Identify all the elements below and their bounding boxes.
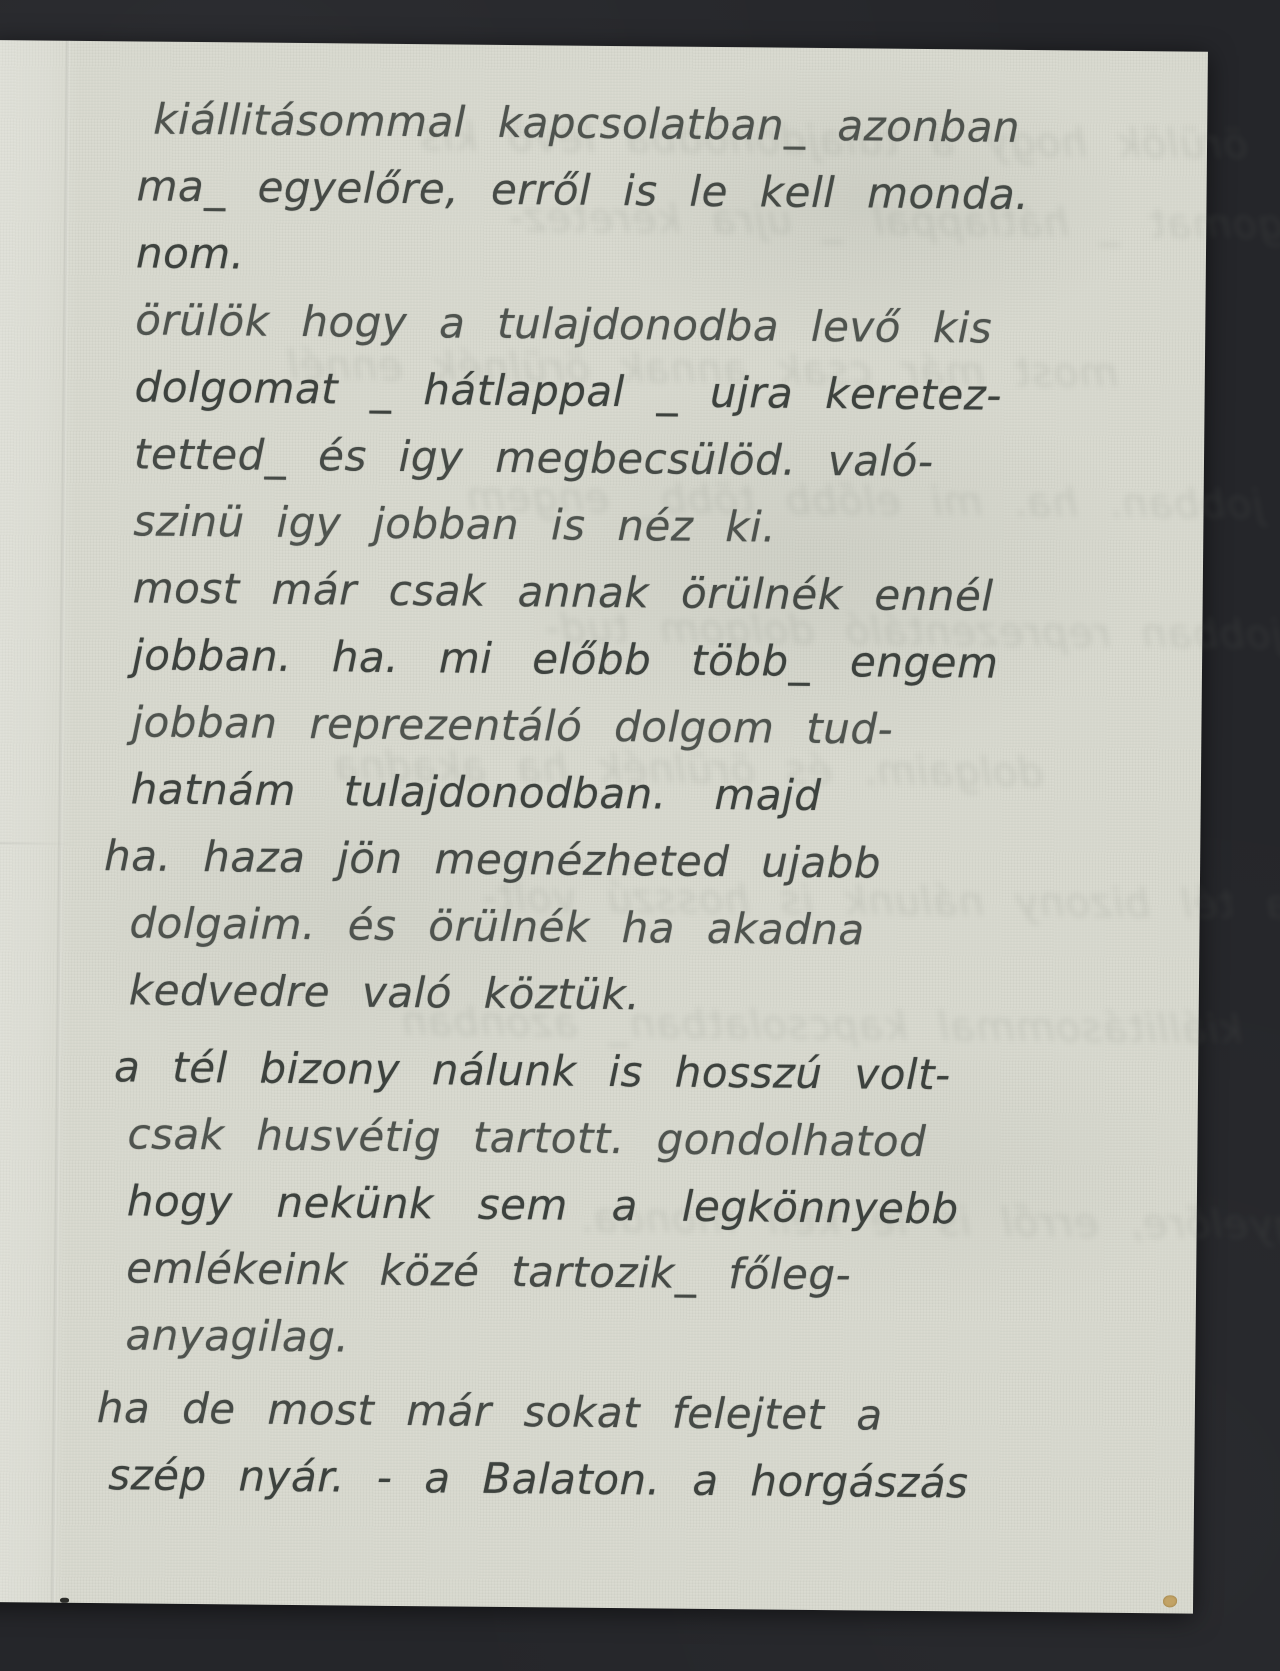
- handwriting-text: kiállitásommal kapcsolatban_ azonban ma_…: [124, 85, 1168, 1518]
- handwriting-line: ha de most már sokat felejtet a: [97, 1374, 1156, 1451]
- handwriting-line: örülök hogy a tulajdonodba levő kis: [135, 286, 1166, 363]
- handwriting-line: dolgaim. és örülnék ha akadna: [129, 889, 1160, 966]
- handwriting-line: dolgomat _ hátlappal _ ujra keretez-: [134, 353, 1165, 430]
- scan-background: örülök hogy a tulajdonodba levő kis dolg…: [0, 0, 1280, 1671]
- handwriting-line: csak husvétig tartott. gondolhatod: [127, 1100, 1158, 1177]
- letter-page: örülök hogy a tulajdonodba levő kis dolg…: [0, 40, 1208, 1614]
- handwriting-line: a tél bizony nálunk is hosszú volt-: [114, 1033, 1159, 1110]
- handwriting-line: anyagilag.: [125, 1301, 1156, 1378]
- handwriting-line: jobban. ha. mi előbb több_ engem: [132, 621, 1163, 698]
- handwriting-line: ma_ egyelőre, erről is le kell monda.: [136, 152, 1167, 229]
- handwriting-line: most már csak annak örülnék ennél: [132, 554, 1163, 631]
- handwriting-line: emlékeink közé tartozik_ főleg-: [126, 1234, 1157, 1311]
- handwriting-line: kedvedre való köztük.: [129, 956, 1160, 1033]
- handwriting-line: hogy nekünk sem a legkönnyebb: [127, 1167, 1158, 1244]
- handwriting-line: szép nyár. - a Balaton. a horgászás: [108, 1441, 1155, 1518]
- handwriting-line: nom.: [136, 219, 1167, 296]
- handwriting-line: tetted_ és igy megbecsülöd. való-: [134, 420, 1165, 497]
- edge-speck: [60, 1598, 69, 1603]
- fold-crease-vertical: [51, 41, 70, 1603]
- handwriting-line: jobban reprezentáló dolgom tud-: [131, 688, 1162, 765]
- handwriting-line: hatnám tulajdonodban. majd: [130, 755, 1161, 832]
- fold-crease-horizontal: [0, 842, 78, 845]
- handwriting-line: szinü igy jobban is néz ki.: [133, 487, 1164, 564]
- handwriting-line: ha. haza jön megnézheted ujabb: [104, 822, 1161, 899]
- paper-stain: [1163, 1595, 1177, 1607]
- handwriting-line: kiállitásommal kapcsolatban_ azonban: [153, 86, 1168, 163]
